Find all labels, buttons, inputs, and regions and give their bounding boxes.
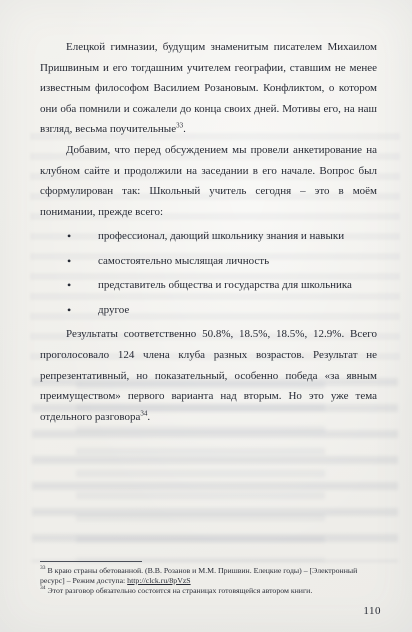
paragraph-2: Добавим, что перед обсуждением мы провел… bbox=[40, 140, 377, 222]
bullet-item-text: другое bbox=[98, 304, 129, 316]
footnotes-block: 33В краю страны обетованной. (В.В. Розан… bbox=[40, 561, 380, 596]
footnote-separator bbox=[40, 561, 142, 562]
page-number: 110 bbox=[363, 605, 381, 617]
page-text-block: Елецкой гимназии, будущим знаменитым пис… bbox=[40, 37, 377, 427]
paragraph-3-text: Результаты соответственно 50.8%, 18.5%, … bbox=[40, 328, 377, 422]
footnote-34: 34Этот разговор обязательно состоится на… bbox=[40, 586, 380, 596]
bullet-item: профессионал, дающий школьнику знания и … bbox=[98, 226, 377, 247]
footnote-34-text: Этот разговор обязательно состоится на с… bbox=[48, 586, 313, 595]
footnote-33: 33В краю страны обетованной. (В.В. Розан… bbox=[40, 566, 380, 586]
paragraph-1-text: Елецкой гимназии, будущим знаменитым пис… bbox=[40, 41, 377, 135]
book-page: Елецкой гимназии, будущим знаменитым пис… bbox=[0, 0, 412, 632]
footnote-33-url-link[interactable]: http://clck.ru/8pVzS bbox=[127, 576, 190, 585]
bullet-item-text: самостоятельно мыслящая личность bbox=[98, 255, 269, 267]
paragraph-1-tail: . bbox=[183, 123, 186, 135]
paragraph-2-text: Добавим, что перед обсуждением мы провел… bbox=[40, 144, 377, 218]
bullet-item-text: профессионал, дающий школьнику знания и … bbox=[98, 230, 344, 242]
paragraph-3: Результаты соответственно 50.8%, 18.5%, … bbox=[40, 324, 377, 427]
bullet-item: самостоятельно мыслящая личность bbox=[98, 251, 377, 272]
bullet-item: представитель общества и государства для… bbox=[98, 275, 377, 296]
footnote-33-number: 33 bbox=[40, 565, 46, 571]
paragraph-1: Елецкой гимназии, будущим знаменитым пис… bbox=[40, 37, 377, 140]
paragraph-3-tail: . bbox=[147, 411, 150, 423]
footnote-34-number: 34 bbox=[40, 585, 46, 591]
bullet-list: профессионал, дающий школьнику знания и … bbox=[40, 226, 377, 320]
bullet-item-text: представитель общества и государства для… bbox=[98, 279, 352, 291]
footnote-33-text: В краю страны обетованной. (В.В. Розанов… bbox=[40, 566, 357, 585]
bullet-item: другое bbox=[98, 300, 377, 321]
